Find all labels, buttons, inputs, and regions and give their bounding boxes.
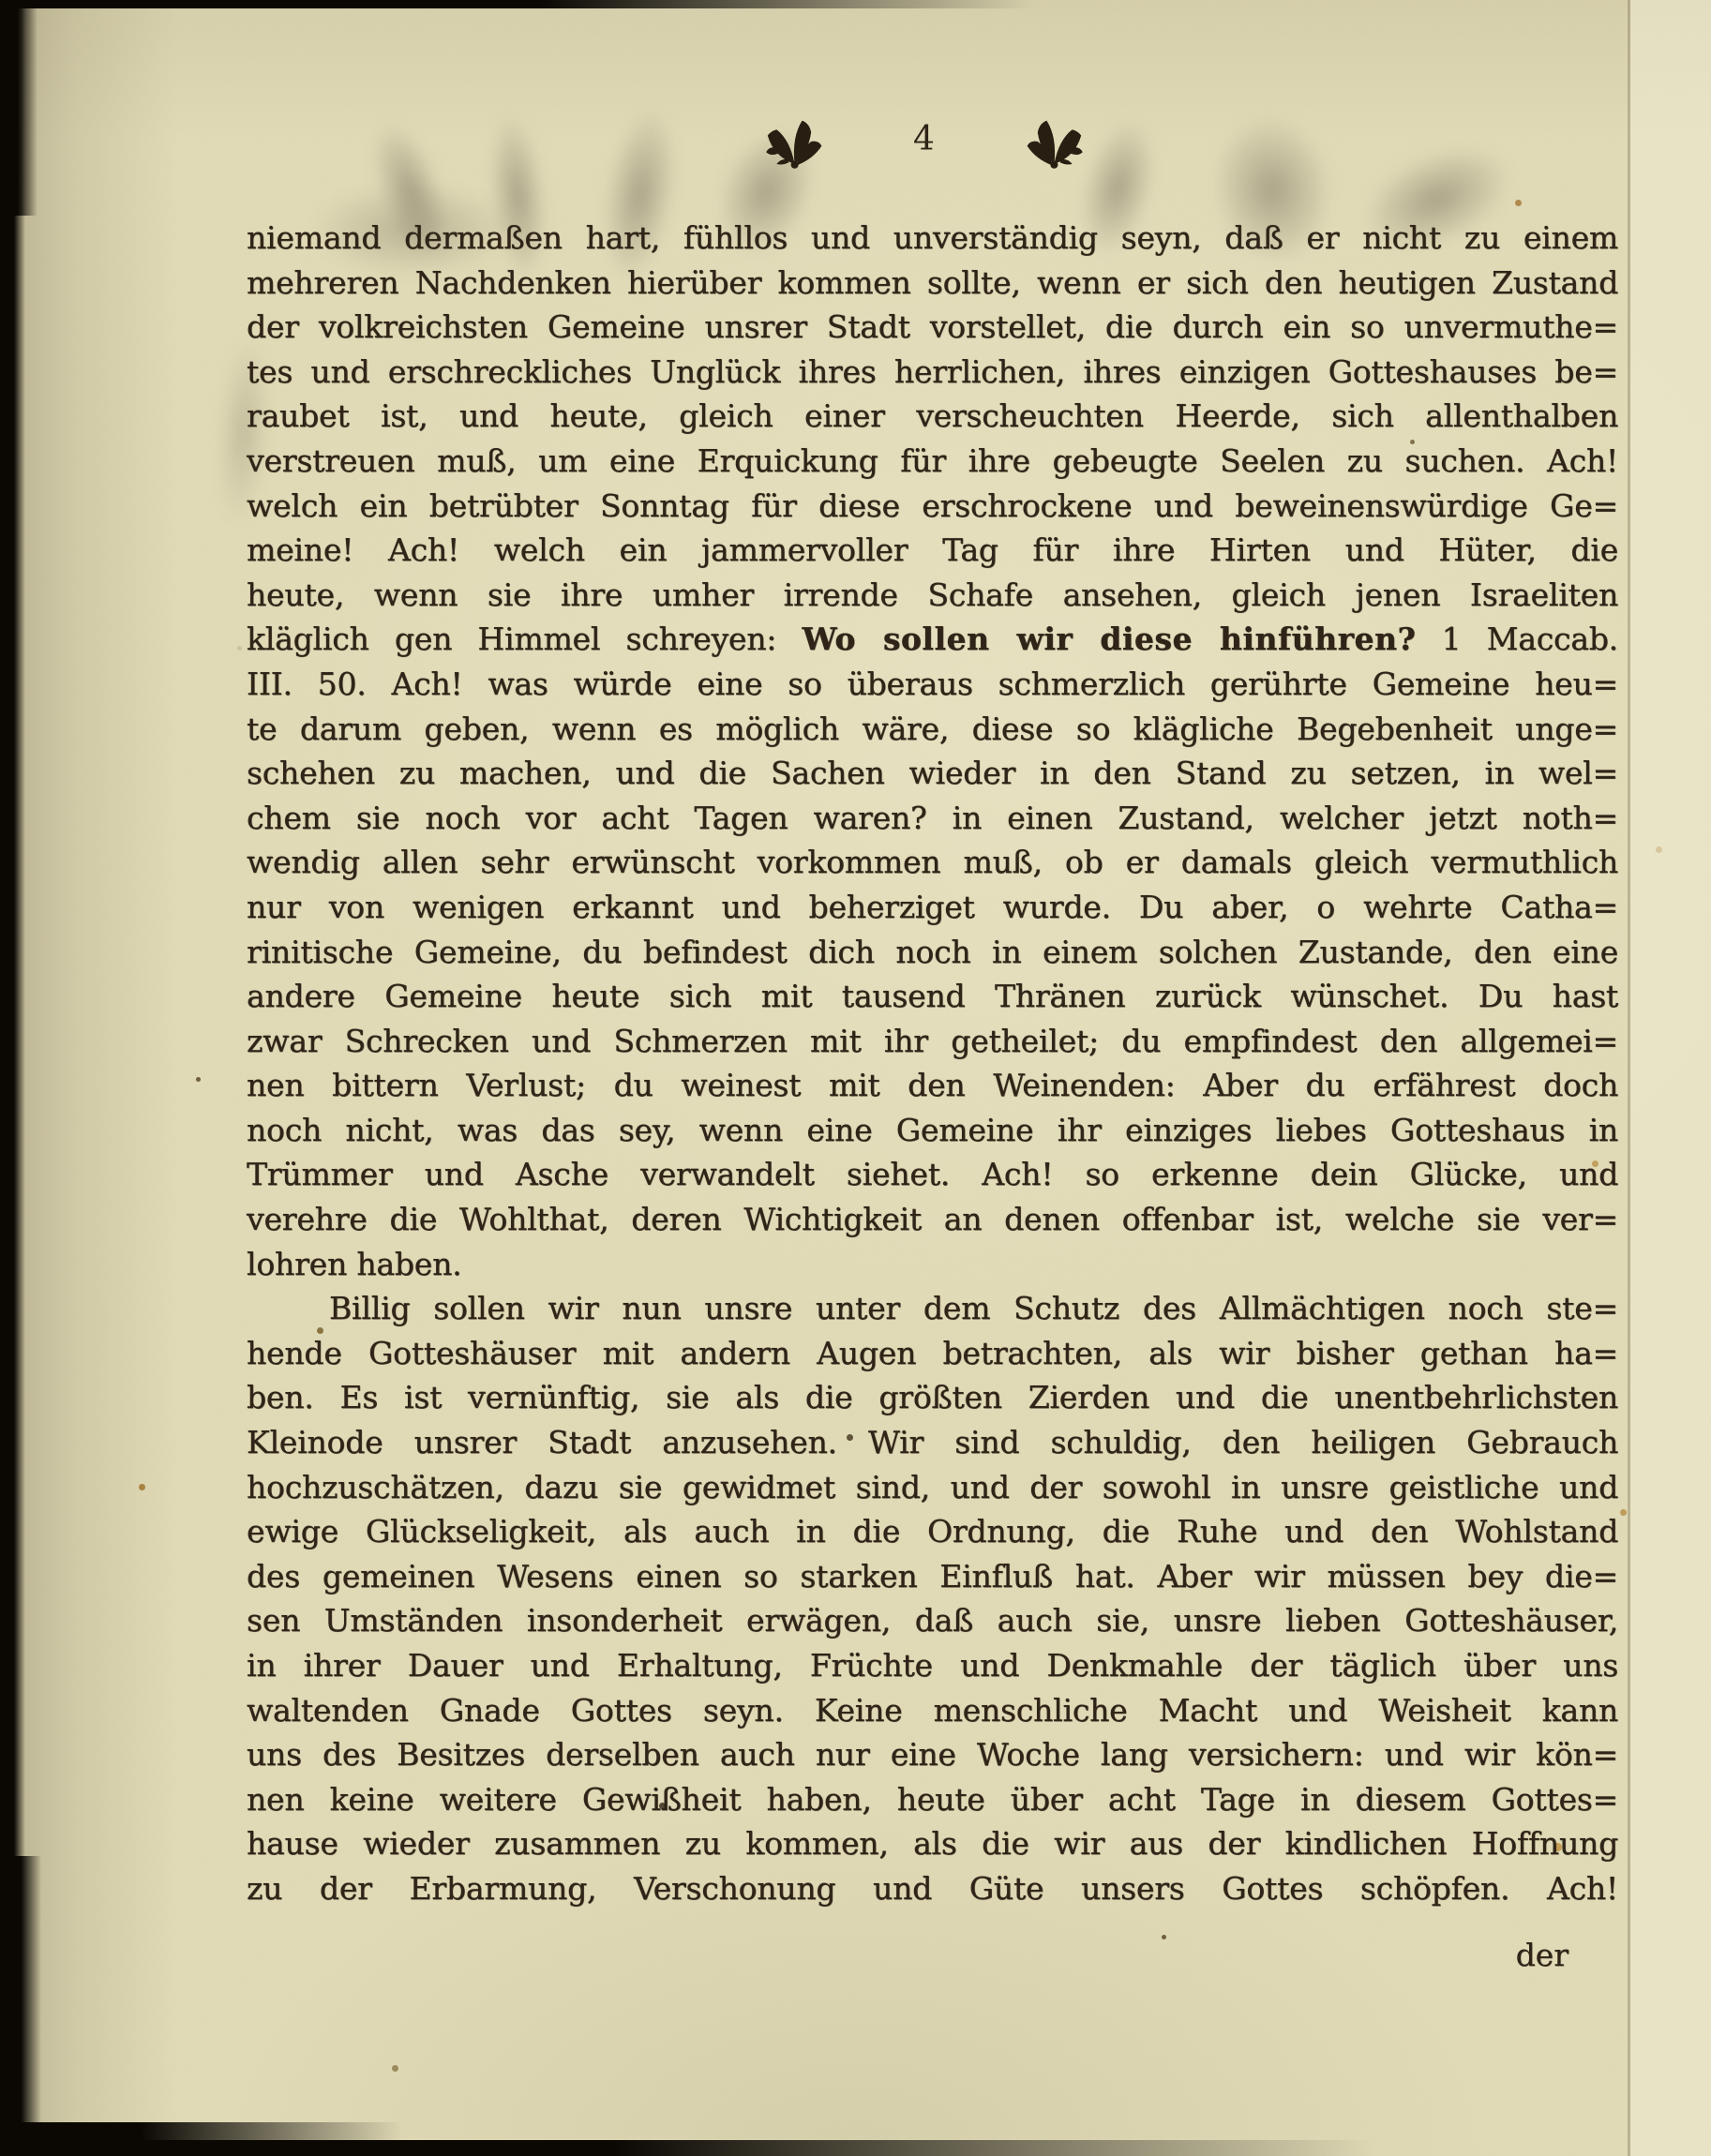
paragraph-last-line: lohren haben.	[247, 1242, 1618, 1287]
text-line-with-emphasis: kläglich gen Himmel schreyen: Wo sollen …	[247, 617, 1618, 662]
text-line: raubet ist, und heute, gleich einer vers…	[247, 394, 1618, 439]
text-line: welch ein betrübter Sonntag für diese er…	[247, 484, 1618, 529]
text-line: in ihrer Dauer und Erhaltung, Früchte un…	[247, 1643, 1618, 1688]
text-line: Trümmer und Asche verwandelt siehet. Ach…	[247, 1152, 1618, 1197]
text-line: sen Umständen insonderheit erwägen, daß …	[247, 1598, 1618, 1643]
text-line: nen keine weitere Gewißheit haben, heute…	[247, 1777, 1618, 1822]
text-line: niemand dermaßen hart, fühllos und unver…	[247, 216, 1618, 261]
text-line: noch nicht, was das sey, wenn eine Gemei…	[247, 1108, 1618, 1153]
book-gutter-shadow	[0, 0, 25, 2156]
catchword-row: der	[247, 1937, 1568, 1973]
text-line: hause wieder zusammen zu kommen, als die…	[247, 1821, 1618, 1866]
text-line: ewige Glückseligkeit, als auch in die Or…	[247, 1509, 1618, 1554]
text-line: zwar Schrecken und Schmerzen mit ihr get…	[247, 1019, 1618, 1064]
text-line: ben. Es ist vernünftig, sie als die größ…	[247, 1375, 1618, 1420]
text-line: mehreren Nachdenken hierüber kommen soll…	[247, 261, 1618, 306]
page-right-crease	[1628, 0, 1711, 2156]
text-line: zu der Erbarmung, Verschonung und Güte u…	[247, 1866, 1618, 1911]
text-line: schehen zu machen, und die Sachen wieder…	[247, 751, 1618, 796]
text-line: der volkreichsten Gemeine unsrer Stadt v…	[247, 305, 1618, 350]
text-run: kläglich gen Himmel schreyen:	[247, 621, 803, 657]
body-text: niemand dermaßen hart, fühllos und unver…	[247, 216, 1618, 1911]
text-line: uns des Besitzes derselben auch nur eine…	[247, 1732, 1618, 1777]
text-line: andere Gemeine heute sich mit tausend Th…	[247, 974, 1618, 1019]
text-line: waltenden Gnade Gottes seyn. Keine mensc…	[247, 1688, 1618, 1733]
text-line: Kleinode unsrer Stadt anzusehen. Wir sin…	[247, 1420, 1618, 1465]
text-line: te darum geben, wenn es möglich wäre, di…	[247, 707, 1618, 752]
text-line: nen bittern Verlust; du weinest mit den …	[247, 1063, 1618, 1108]
text-line: des gemeinen Wesens einen so starken Ein…	[247, 1554, 1618, 1599]
text-line: III. 50. Ach! was würde eine so überaus …	[247, 662, 1618, 707]
page-number: 4	[887, 120, 962, 158]
text-line: wendig allen sehr erwünscht vorkommen mu…	[247, 840, 1618, 885]
text-line: chem sie noch vor acht Tagen waren? in e…	[247, 796, 1618, 841]
paragraph-first-line: Billig sollen wir nun unsre unter dem Sc…	[247, 1286, 1618, 1331]
text-line: verstreuen muß, um eine Erquickung für i…	[247, 439, 1618, 484]
text-line: heute, wenn sie ihre umher irrende Schaf…	[247, 573, 1618, 618]
scan-top-edge	[0, 0, 1078, 8]
text-line: verehre die Wohlthat, deren Wichtigkeit …	[247, 1197, 1618, 1242]
text-run-citation: 1 Maccab.	[1416, 621, 1618, 657]
paper-specks	[0, 0, 3, 3]
text-line: tes und erschreckliches Unglück ihres he…	[247, 350, 1618, 395]
book-page: 4 niemand dermaßen hart, fühllos und unv…	[0, 0, 1711, 2156]
scan-bottom-edge	[0, 2140, 1463, 2156]
text-line: meine! Ach! welch ein jammervoller Tag f…	[247, 528, 1618, 573]
emphasized-bible-quote: Wo sollen wir diese hinführen?	[803, 621, 1417, 657]
text-line: hochzuschätzen, dazu sie gewidmet sind, …	[247, 1465, 1618, 1510]
catchword: der	[1516, 1937, 1568, 1973]
text-line: hende Gotteshäuser mit andern Augen betr…	[247, 1331, 1618, 1376]
text-line: nur von wenigen erkannt und beherziget w…	[247, 885, 1618, 930]
text-line: rinitische Gemeine, du befindest dich no…	[247, 930, 1618, 975]
fleuron-left-icon	[756, 114, 831, 169]
fleuron-right-icon	[1018, 114, 1093, 169]
